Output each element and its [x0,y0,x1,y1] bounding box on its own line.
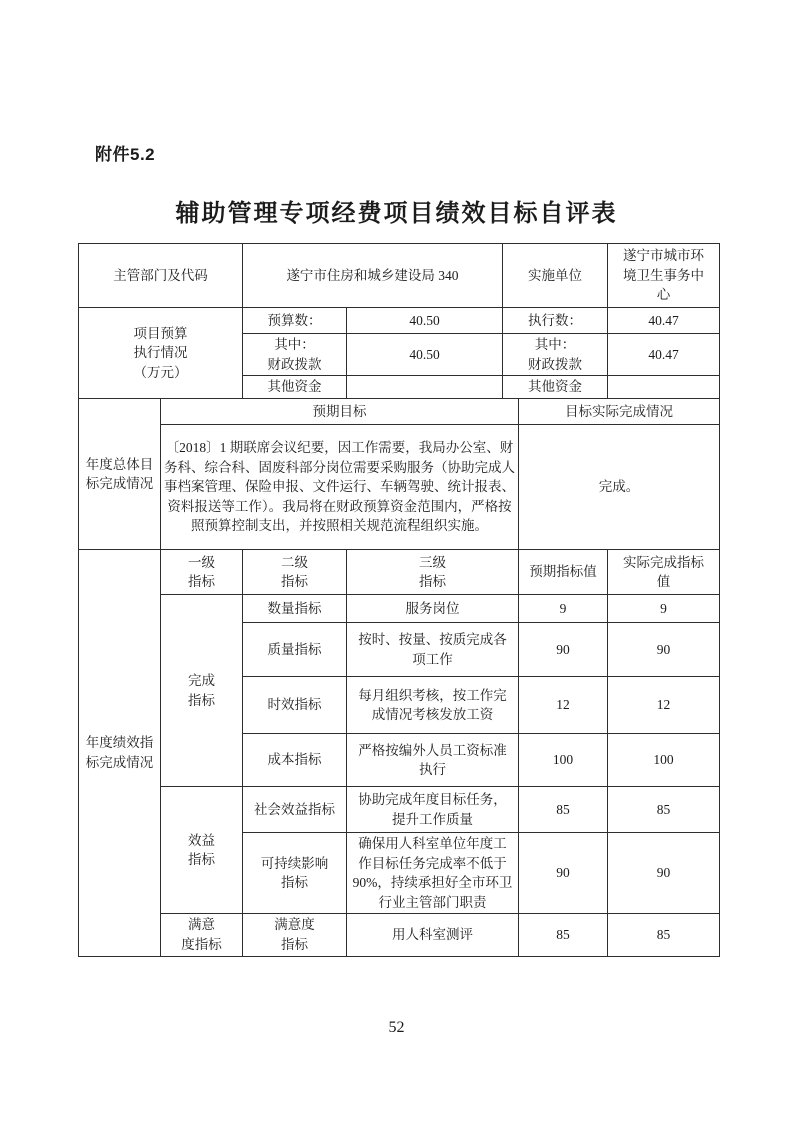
expected-cell: 90 [519,623,608,677]
page-number: 52 [0,1019,793,1037]
level1-header: 一级 指标 [161,550,243,595]
indicator-header-row: 年度绩效指 标完成情况 一级 指标 二级 指标 三级 指标 预期指标值 实际完成… [79,550,720,595]
level3-cell: 用人科室测评 [347,914,519,956]
budget-fiscal-value-right: 40.47 [608,334,720,376]
indicator-section-label: 年度绩效指 标完成情况 [79,550,161,956]
level1-benefit-label: 效益 指标 [161,787,243,914]
indicator-row-satisfaction: 满意 度指标 满意度 指标 用人科室测评 85 85 [79,914,720,956]
level2-cell: 时效指标 [243,677,347,734]
expected-goal-text: 〔2018〕1 期联席会议纪要，因工作需要，我局办公室、财务科、综合科、固废科部… [161,425,519,550]
actual-cell: 90 [608,623,720,677]
level3-cell: 每月组织考核，按工作完 成情况考核发放工资 [347,677,519,734]
level3-cell: 按时、按量、按质完成各 项工作 [347,623,519,677]
level2-cell: 社会效益指标 [243,787,347,833]
level3-cell: 协助完成年度目标任务， 提升工作质量 [347,787,519,833]
dept-code-value: 遂宁市住房和城乡建设局 340 [243,244,503,308]
budget-row-1: 项目预算 执行情况 （万元） 预算数： 40.50 执行数： 40.47 [79,308,720,334]
expected-value-header: 预期指标值 [519,550,608,595]
budget-fiscal-value-left: 40.50 [347,334,503,376]
budget-other-value-right [608,376,720,399]
level1-satisfaction-label: 满意 度指标 [161,914,243,956]
budget-other-value-left [347,376,503,399]
impl-unit-label: 实施单位 [503,244,608,308]
actual-value-header: 实际完成指标 值 [608,550,720,595]
expected-cell: 85 [519,787,608,833]
level2-cell: 数量指标 [243,595,347,623]
budget-other-label-right: 其他资金 [503,376,608,399]
expected-cell: 85 [519,914,608,956]
page-title: 辅助管理专项经费项目绩效目标自评表 [0,193,793,228]
actual-cell: 85 [608,914,720,956]
level3-cell: 确保用人科室单位年度工 作目标任务完成率不低于 90%，持续承担好全市环卫 行业… [347,833,519,914]
expected-cell: 9 [519,595,608,623]
level2-cell: 成本指标 [243,734,347,787]
budget-section-label: 项目预算 执行情况 （万元） [79,308,243,399]
actual-cell: 100 [608,734,720,787]
budget-fiscal-label-left: 其中： 财政拨款 [243,334,347,376]
budget-executed-value: 40.47 [608,308,720,334]
actual-cell: 12 [608,677,720,734]
level3-header: 三级 指标 [347,550,519,595]
level2-header: 二级 指标 [243,550,347,595]
budget-executed-label: 执行数： [503,308,608,334]
level2-cell: 可持续影响 指标 [243,833,347,914]
actual-cell: 9 [608,595,720,623]
self-evaluation-table: 主管部门及代码 遂宁市住房和城乡建设局 340 实施单位 遂宁市城市环 境卫生事… [78,243,720,957]
level3-cell: 服务岗位 [347,595,519,623]
level1-completion-label: 完成 指标 [161,595,243,787]
actual-goal-header: 目标实际完成情况 [519,399,720,425]
expected-cell: 100 [519,734,608,787]
indicator-row-social-benefit: 效益 指标 社会效益指标 协助完成年度目标任务， 提升工作质量 85 85 [79,787,720,833]
annual-goal-header-row: 年度总体目 标完成情况 预期目标 目标实际完成情况 [79,399,720,425]
actual-cell: 85 [608,787,720,833]
expected-cell: 90 [519,833,608,914]
level3-cell: 严格按编外人员工资标准 执行 [347,734,519,787]
dept-code-label: 主管部门及代码 [79,244,243,308]
budget-expected-label: 预算数： [243,308,347,334]
dept-row: 主管部门及代码 遂宁市住房和城乡建设局 340 实施单位 遂宁市城市环 境卫生事… [79,244,720,308]
expected-goal-header: 预期目标 [161,399,519,425]
budget-other-label-left: 其他资金 [243,376,347,399]
annual-goal-section-label: 年度总体目 标完成情况 [79,399,161,550]
budget-fiscal-label-right: 其中： 财政拨款 [503,334,608,376]
impl-unit-value: 遂宁市城市环 境卫生事务中 心 [608,244,720,308]
actual-goal-text: 完成。 [519,425,720,550]
expected-cell: 12 [519,677,608,734]
level2-cell: 质量指标 [243,623,347,677]
budget-expected-value: 40.50 [347,308,503,334]
indicator-row-quantity: 完成 指标 数量指标 服务岗位 9 9 [79,595,720,623]
level2-cell: 满意度 指标 [243,914,347,956]
actual-cell: 90 [608,833,720,914]
attachment-label: 附件5.2 [95,140,155,165]
annual-goal-content-row: 〔2018〕1 期联席会议纪要，因工作需要，我局办公室、财务科、综合科、固废科部… [79,425,720,550]
